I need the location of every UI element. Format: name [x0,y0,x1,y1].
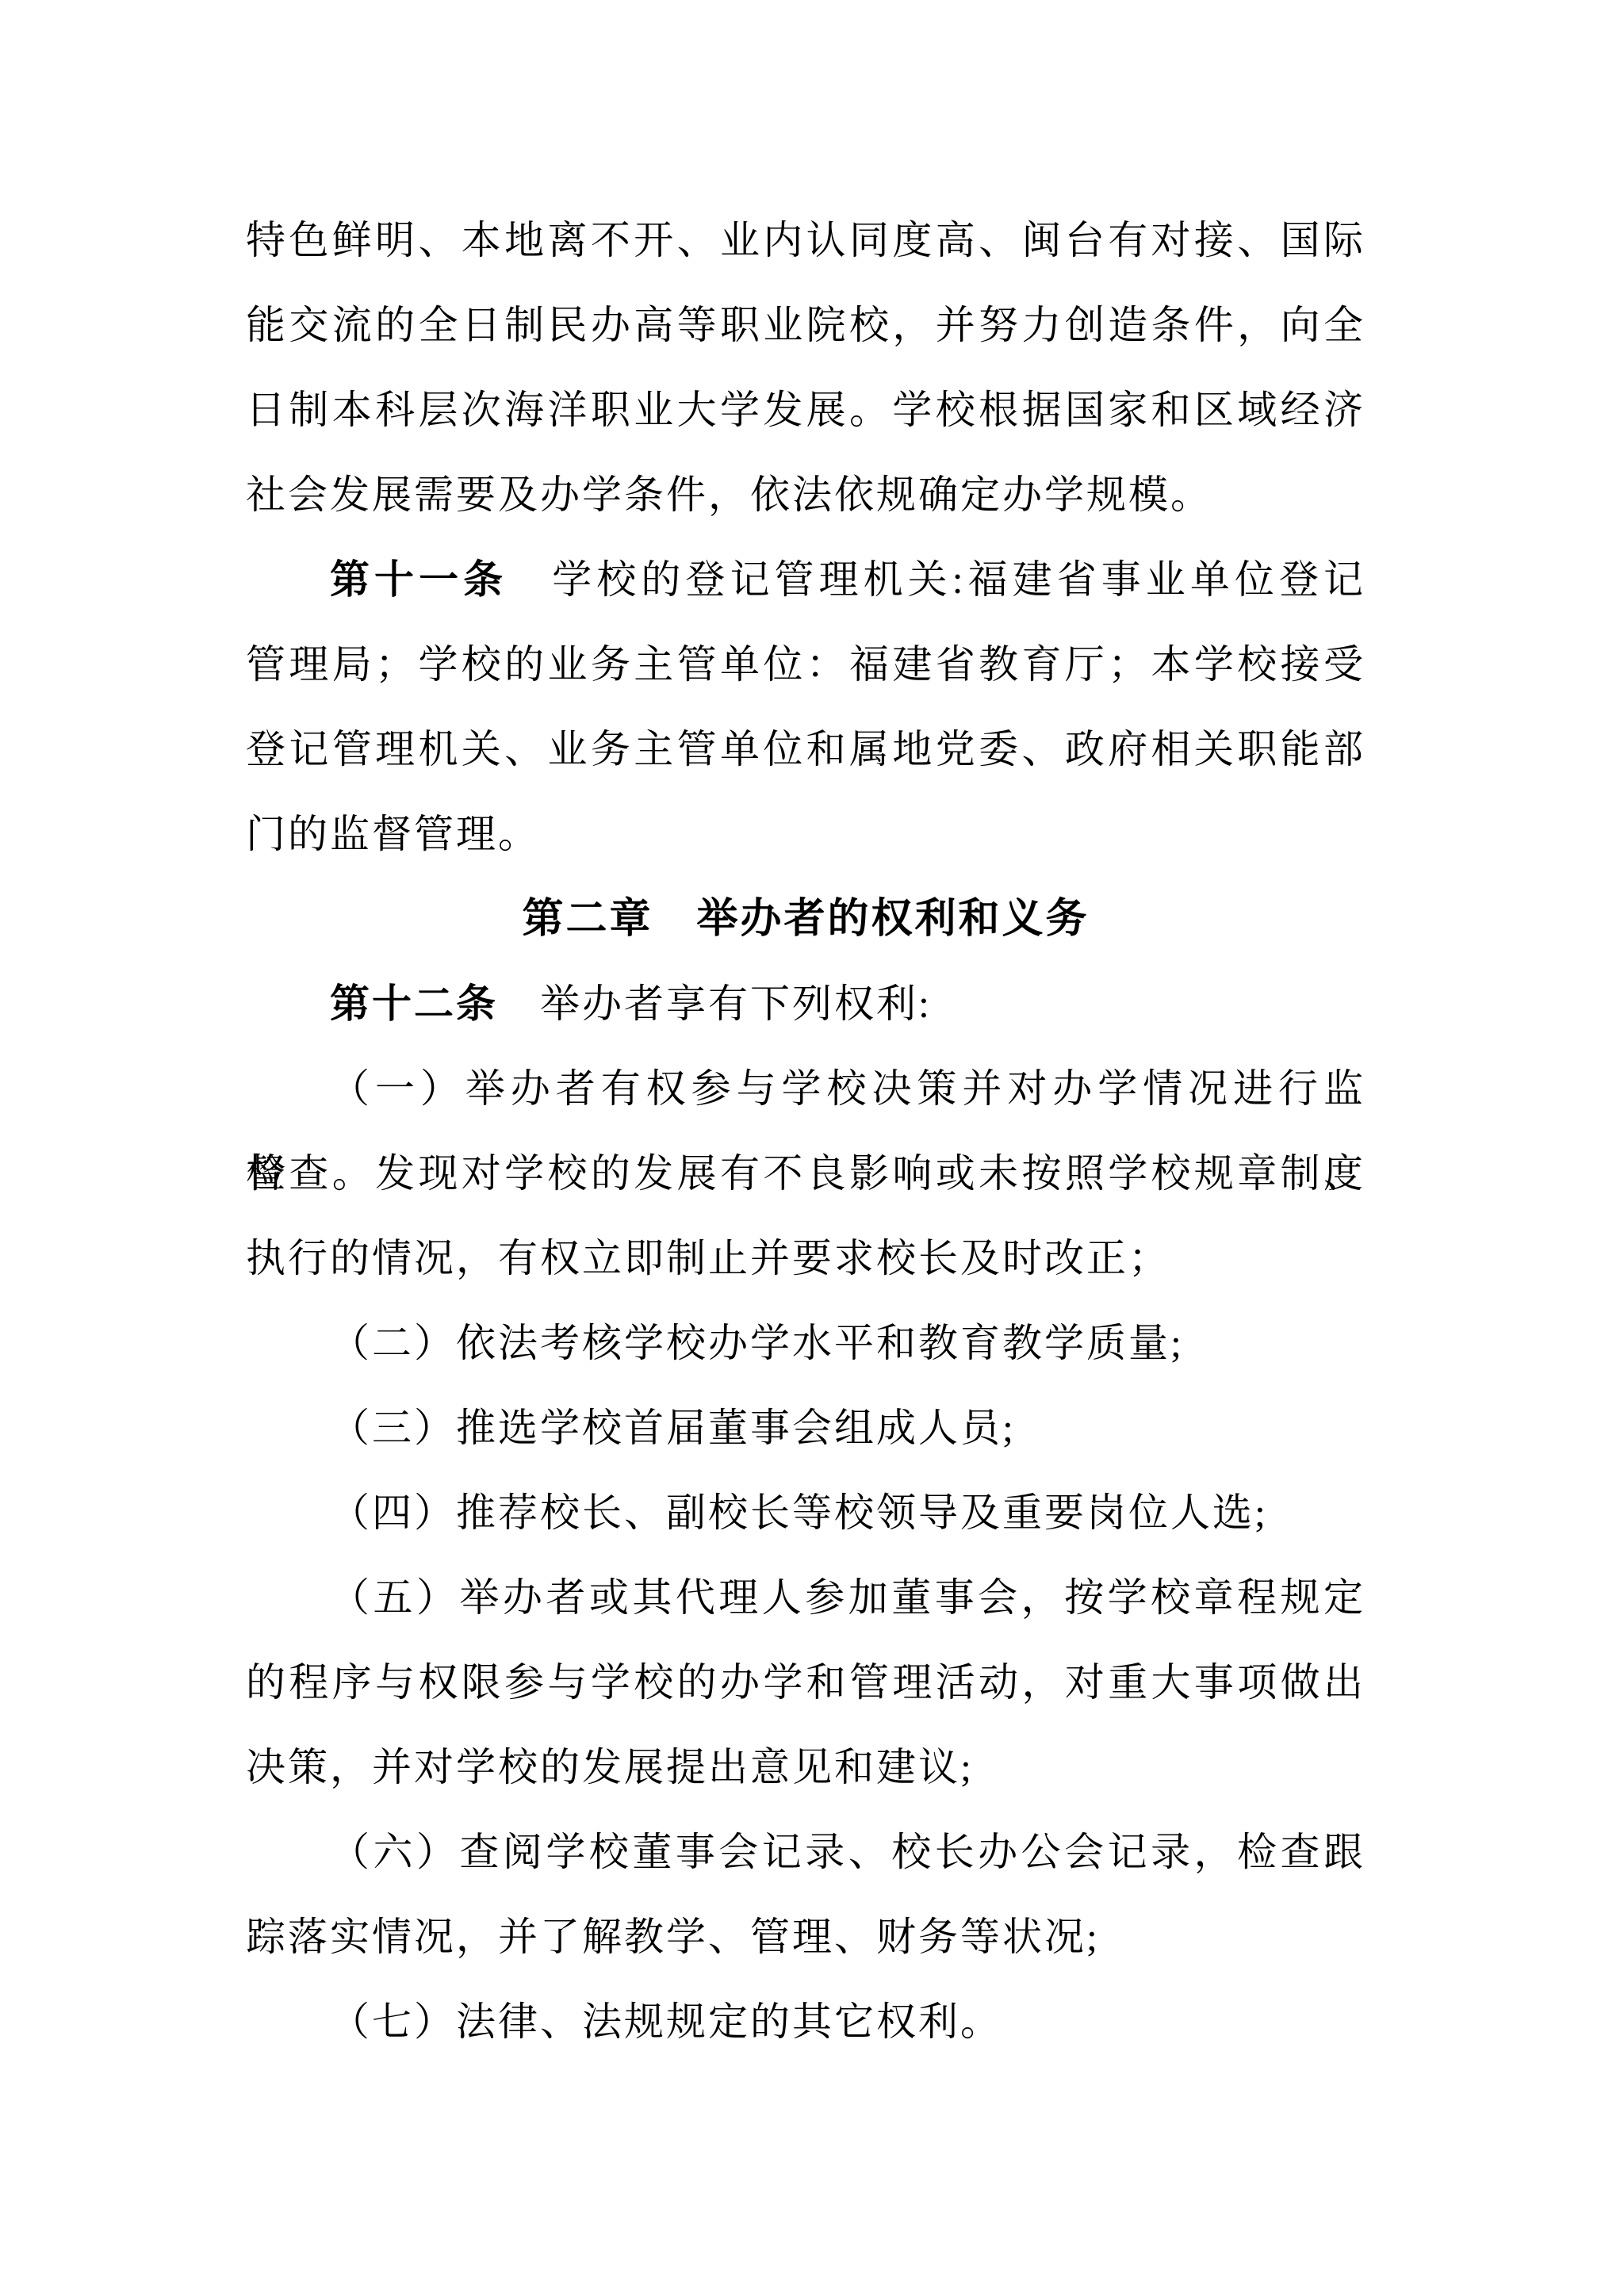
text-run: （五）举办者或其代理人参加董事会，按学校章程规定 [330,1575,1365,1620]
list-item-6-line: （六）查阅学校董事会记录、校长办公会记录，检查跟 [246,1810,1365,1895]
bold-run: 第十一条 [330,557,507,602]
bold-run: 第十二条 [330,982,498,1026]
text-line: 社会发展需要及办学条件，依法依规确定办学规模。 [246,453,1365,538]
text-run: （二）依法考核学校办学水平和教育教学质量; [330,1321,1184,1365]
article-12-line: 第十二条 举办者享有下列权利: [246,962,1365,1047]
text-line: 管理局；学校的业务主管单位：福建省教育厅；本学校接受 [246,622,1365,707]
text-line: 踪落实情况，并了解教学、管理、财务等状况; [246,1895,1365,1980]
list-item-5-line: （五）举办者或其代理人参加董事会，按学校章程规定 [246,1556,1365,1640]
text-line: 日制本科层次海洋职业大学发展。学校根据国家和区域经济 [246,368,1365,453]
text-line: 检查。发现对学校的发展有不良影响或未按照学校规章制度 [246,1131,1365,1216]
text-run: 决策，并对学校的发展提出意见和建议; [246,1745,974,1789]
text-run: （三）推选学校首届董事会组成人员; [330,1406,1016,1450]
text-run: 的程序与权限参与学校的办学和管理活动，对重大事项做出 [246,1660,1365,1705]
list-item-7-line: （七）法律、法规规定的其它权利。 [246,1980,1365,2064]
text-run: 举办者享有下列权利: [498,982,932,1026]
text-run: 能交流的全日制民办高等职业院校，并努力创造条件，向全 [246,303,1365,347]
document-body: 特色鲜明、本地离不开、业内认同度高、闽台有对接、国际能交流的全日制民办高等职业院… [246,198,1365,2064]
text-run: （七）法律、法规规定的其它权利。 [330,1999,1002,2044]
list-item-1-line: （一）举办者有权参与学校决策并对办学情况进行监督、 [246,1047,1365,1131]
text-run: 门的监督管理。 [246,812,540,856]
text-run: （六）查阅学校董事会记录、校长办公会记录，检查跟 [330,1830,1365,1874]
text-run: 检查。发现对学校的发展有不良影响或未按照学校规章制度 [246,1151,1365,1196]
list-item-3-line: （三）推选学校首届董事会组成人员; [246,1386,1365,1471]
text-line: 门的监督管理。 [246,792,1365,877]
text-run: 特色鲜明、本地离不开、业内认同度高、闽台有对接、国际 [246,218,1365,262]
list-item-2-line: （二）依法考核学校办学水平和教育教学质量; [246,1301,1365,1386]
text-line: 执行的情况，有权立即制止并要求校长及时改正； [246,1216,1365,1301]
text-line: 特色鲜明、本地离不开、业内认同度高、闽台有对接、国际 [246,198,1365,283]
text-run: 踪落实情况，并了解教学、管理、财务等状况; [246,1915,1100,1959]
article-11-line: 第十一条 学校的登记管理机关:福建省事业单位登记 [246,538,1365,622]
document-page: 特色鲜明、本地离不开、业内认同度高、闽台有对接、国际能交流的全日制民办高等职业院… [0,0,1624,2296]
text-run: （四）推荐校长、副校长等校领导及重要岗位人选; [330,1490,1268,1535]
text-line: 的程序与权限参与学校的办学和管理活动，对重大事项做出 [246,1640,1365,1725]
text-run: 社会发展需要及办学条件，依法依规确定办学规模。 [246,473,1212,517]
text-line: 能交流的全日制民办高等职业院校，并努力创造条件，向全 [246,283,1365,368]
list-item-4-line: （四）推荐校长、副校长等校领导及重要岗位人选; [246,1471,1365,1556]
text-run: 管理局；学校的业务主管单位：福建省教育厅；本学校接受 [246,642,1365,687]
heading-run: 第二章 举办者的权利和义务 [522,896,1089,942]
text-line: 登记管理机关、业务主管单位和属地党委、政府相关职能部 [246,707,1365,792]
text-run: 登记管理机关、业务主管单位和属地党委、政府相关职能部 [246,727,1365,771]
text-run: 学校的登记管理机关:福建省事业单位登记 [507,557,1365,602]
text-run: 日制本科层次海洋职业大学发展。学校根据国家和区域经济 [246,388,1365,432]
text-line: 决策，并对学校的发展提出意见和建议; [246,1725,1365,1810]
text-run: 执行的情况，有权立即制止并要求校长及时改正； [246,1236,1170,1280]
chapter-heading: 第二章 举办者的权利和义务 [246,877,1365,962]
